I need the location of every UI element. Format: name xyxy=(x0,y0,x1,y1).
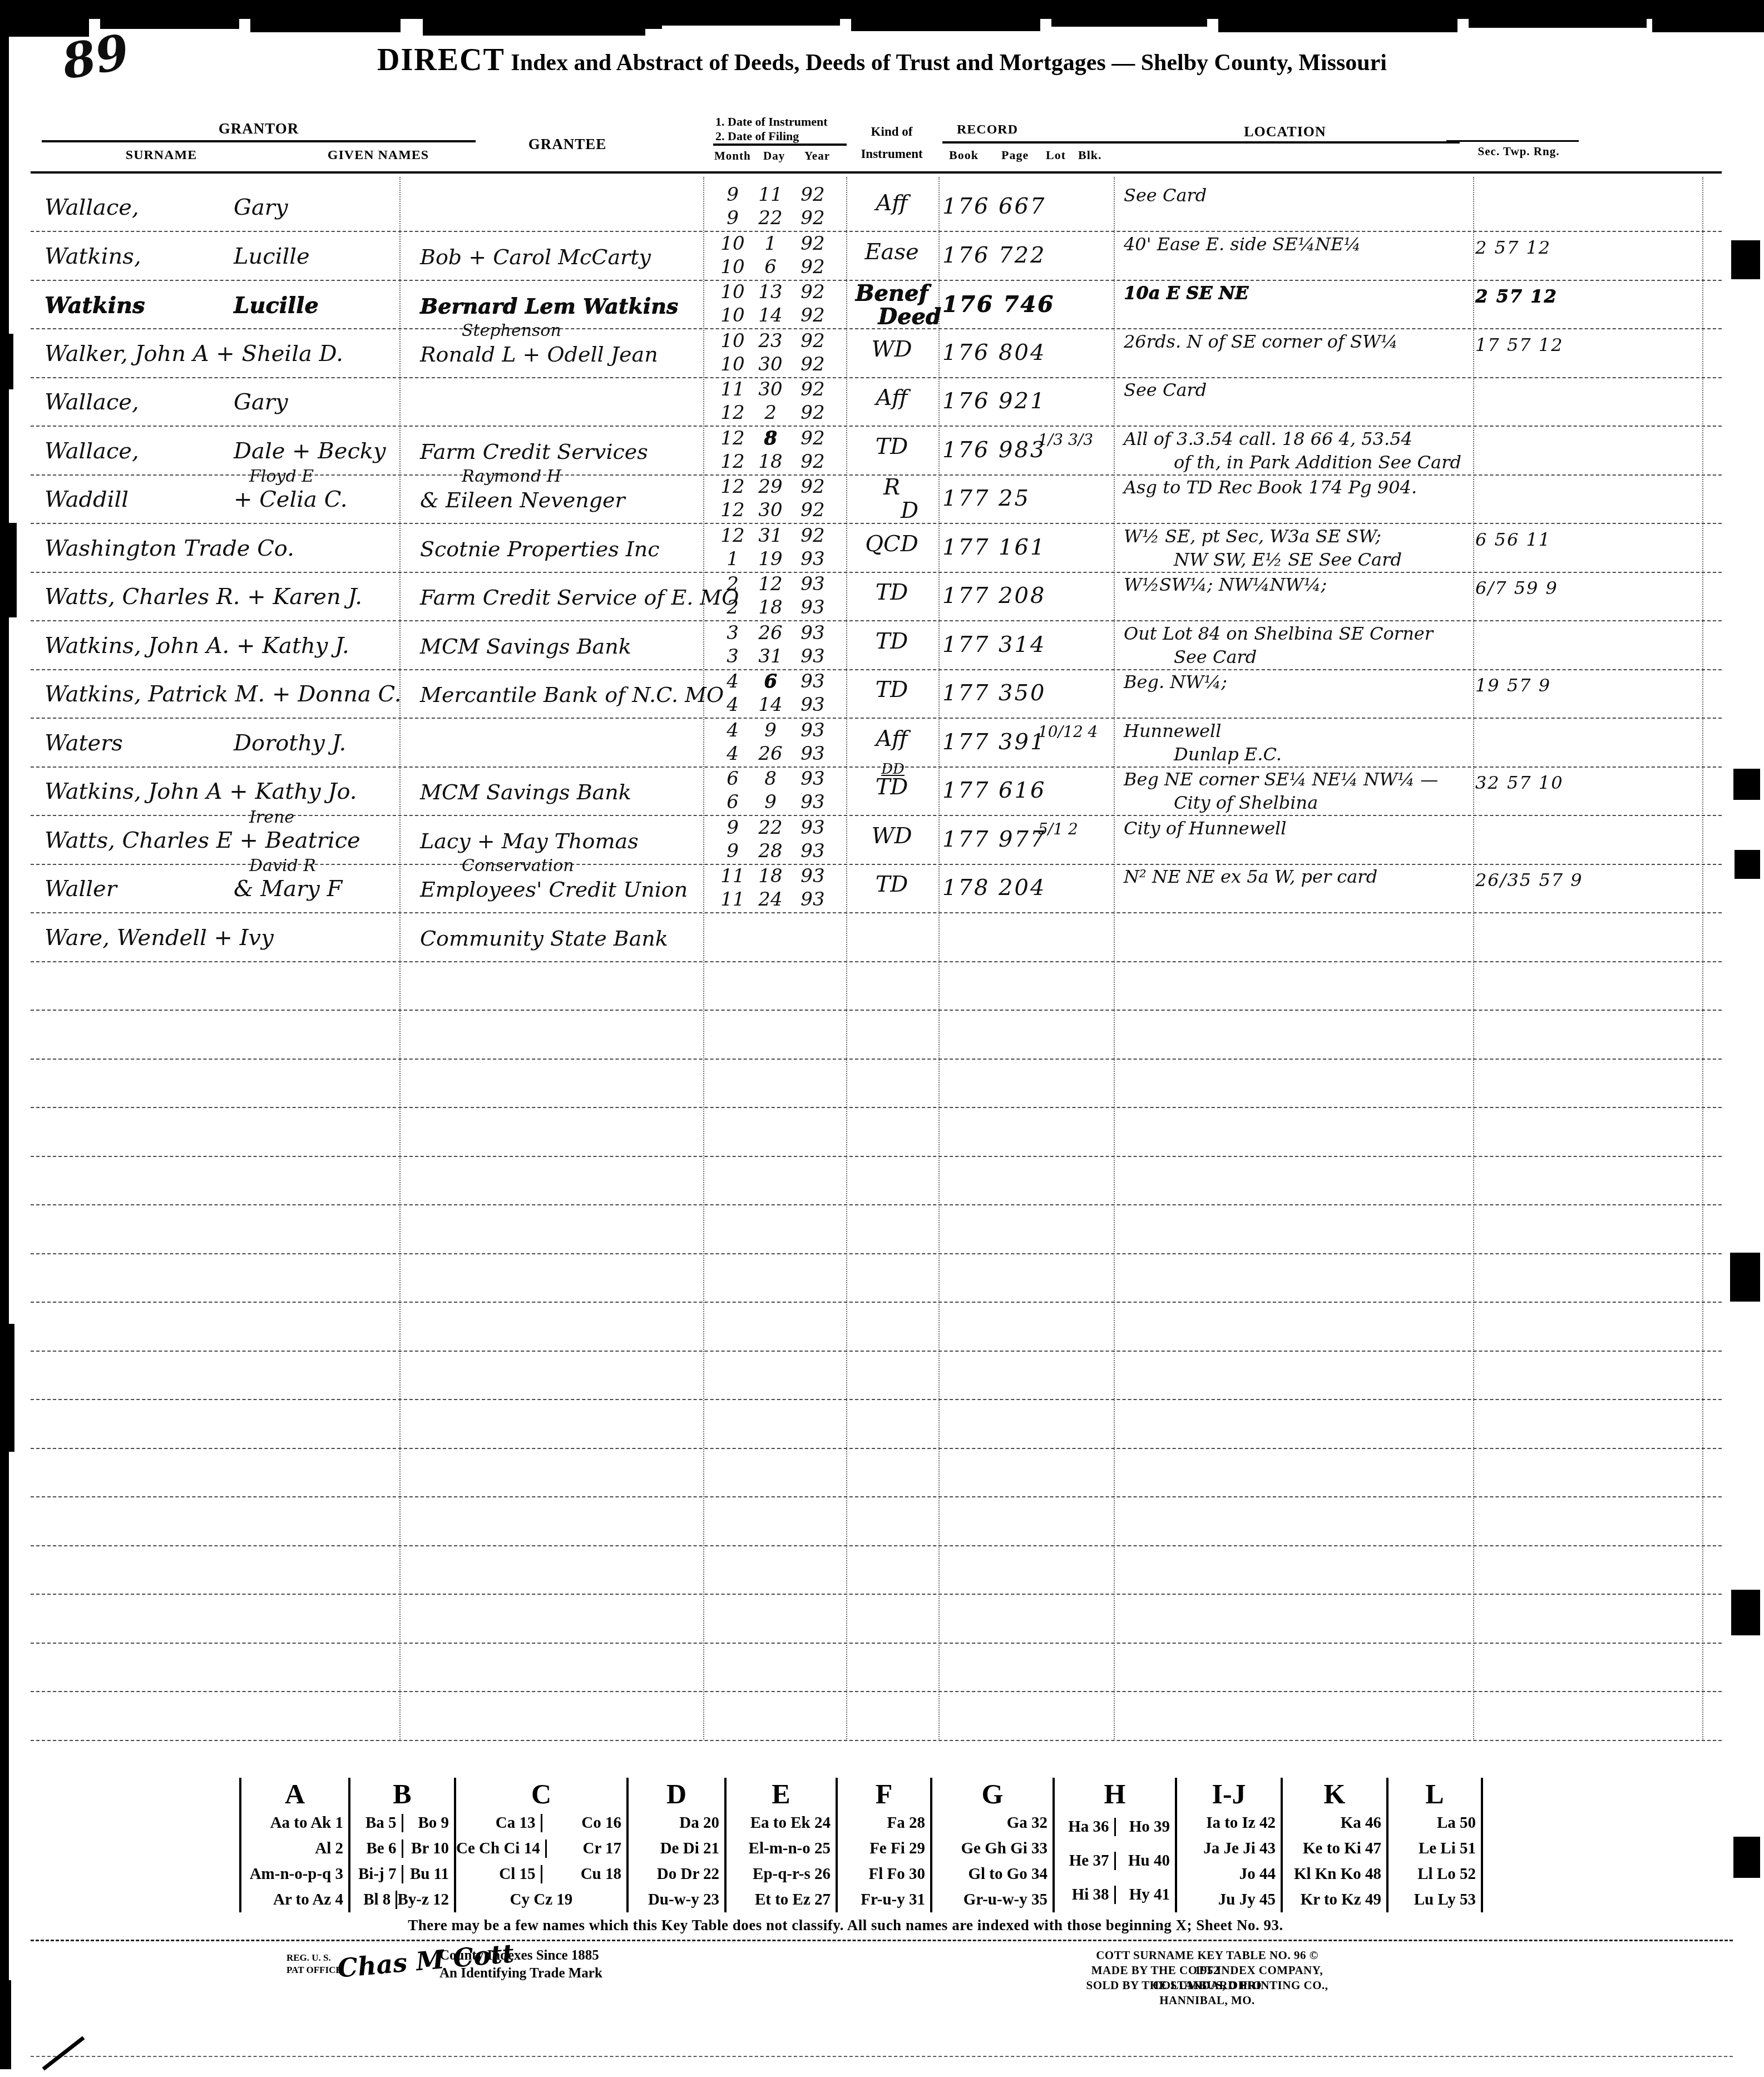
key-cell: Cy Cz 19 xyxy=(456,1891,626,1909)
key-row: La 50 xyxy=(1389,1810,1481,1836)
date-instrument-day: 26 xyxy=(752,622,789,644)
location-line2: of th, in Park Addition See Card xyxy=(1174,452,1461,473)
grantee-name: Lacy + May Thomas xyxy=(420,829,639,853)
grantor-surname: Wallace, xyxy=(45,389,139,415)
key-cell: Ia to Iz 42 xyxy=(1177,1814,1281,1832)
key-cell: Ga 32 xyxy=(932,1814,1053,1832)
index-row: Watkins, John A. + Kathy J.MCM Savings B… xyxy=(0,621,1764,670)
date-filing-year: 93 xyxy=(792,645,833,667)
ruled-line xyxy=(31,1643,1722,1644)
date-filing-month: 4 xyxy=(717,743,749,765)
key-row: Gl to Go 34 xyxy=(932,1861,1053,1887)
kind-of-instrument: TD xyxy=(850,434,933,459)
grantee-name: Mercantile Bank of N.C. MO xyxy=(420,683,724,707)
index-row: Wallace,Gary11309212292Aff176 921See Car… xyxy=(0,377,1764,426)
record-book-page: 176 746 xyxy=(942,291,1055,317)
key-cell: Kr to Kz 49 xyxy=(1283,1891,1386,1909)
key-group-d: DDa 20De Di 21Do Dr 22Du-w-y 23 xyxy=(626,1778,724,1912)
grantee-above: Raymond H xyxy=(462,467,561,486)
date-instrument-day: 1 xyxy=(752,233,789,255)
grantee-name: Community State Bank xyxy=(420,926,668,951)
date-filing-month: 12 xyxy=(717,499,749,521)
key-cell: Al 2 xyxy=(241,1839,348,1858)
date-instrument-year: 93 xyxy=(792,622,833,644)
kind-of-instrument: Aff xyxy=(850,726,933,751)
date-instrument-day: 8 xyxy=(752,768,789,790)
key-group-letter: G xyxy=(932,1778,1053,1810)
surname-key-table: AAa to Ak 1Al 2Am-n-o-p-q 3Ar to Az 4BBa… xyxy=(239,1778,1483,1912)
date-filing-day: 6 xyxy=(752,256,789,278)
key-row: Kl Kn Ko 48 xyxy=(1283,1861,1386,1887)
key-row: Et to Ez 27 xyxy=(727,1887,836,1912)
key-row: Bl 8By-z 12 xyxy=(350,1887,454,1912)
index-row: Watkins,LucilleBob + Carol McCarty101921… xyxy=(0,231,1764,280)
key-cell: Bi-j 7 xyxy=(350,1865,402,1883)
date-instrument-day: 18 xyxy=(752,865,789,887)
date-instrument-year: 92 xyxy=(792,281,833,303)
key-group-b: BBa 5Bo 9Be 6Br 10Bi-j 7Bu 11Bl 8By-z 12 xyxy=(348,1778,454,1912)
grantor-surname: Waddill xyxy=(45,487,129,512)
kind-of-instrument-2: Deed xyxy=(868,303,951,329)
date-instrument-month: 10 xyxy=(717,233,749,255)
date-filing-day: 2 xyxy=(752,402,789,424)
date-filing-day: 9 xyxy=(752,791,789,813)
key-row: He 37Hu 40 xyxy=(1055,1844,1175,1878)
key-cell: Ba 5 xyxy=(350,1814,402,1832)
grantee-name: MCM Savings Bank xyxy=(420,780,631,804)
key-cell: Ar to Az 4 xyxy=(241,1891,348,1909)
grantor-surname: Ware, Wendell + Ivy xyxy=(45,925,274,951)
key-row: Kr to Kz 49 xyxy=(1283,1887,1386,1912)
key-group-g: GGa 32Ge Gh Gi 33Gl to Go 34Gr-u-w-y 35 xyxy=(930,1778,1053,1912)
date-instrument-year: 92 xyxy=(792,427,833,449)
grantor-surname: Watkins, John A + Kathy Jo. xyxy=(45,779,357,804)
ruled-line xyxy=(31,1448,1722,1449)
date-filing-month: 2 xyxy=(717,596,749,619)
ledger-page: 89 DIRECT Index and Abstract of Deeds, D… xyxy=(0,0,1764,2077)
date-instrument-day: 23 xyxy=(752,330,789,352)
key-cell: Do Dr 22 xyxy=(629,1865,724,1883)
key-cell: Jo 44 xyxy=(1177,1865,1281,1883)
key-row: Ja Je Ji 43 xyxy=(1177,1836,1281,1861)
key-cell: Am-n-o-p-q 3 xyxy=(241,1865,348,1883)
index-row: WaddillFloyd E+ Celia C.Raymond H& Eilee… xyxy=(0,474,1764,523)
key-cell: Lu Ly 53 xyxy=(1389,1891,1481,1909)
date-filing-month: 1 xyxy=(717,548,749,570)
date-filing-day: 26 xyxy=(752,743,789,765)
index-entries: Wallace,Gary9119292292Aff176 667See Card… xyxy=(0,0,1764,2077)
key-row: Ep-q-r-s 26 xyxy=(727,1861,836,1887)
record-lot: 5/1 2 xyxy=(1038,820,1078,838)
date-instrument-day: 9 xyxy=(752,719,789,741)
key-cell: Cl 15 xyxy=(456,1865,541,1883)
key-row: Ju Jy 45 xyxy=(1177,1887,1281,1912)
record-lot: 10/12 4 xyxy=(1038,723,1098,741)
date-filing-year: 93 xyxy=(792,791,833,813)
key-row: Gr-u-w-y 35 xyxy=(932,1887,1053,1912)
sec-twp-rng-value: 26/35 57 9 xyxy=(1475,869,1620,891)
key-cell: Ha 36 xyxy=(1055,1818,1114,1836)
key-row: Ke to Ki 47 xyxy=(1283,1836,1386,1861)
date-filing-month: 9 xyxy=(717,840,749,862)
key-row: Cl 15Cu 18 xyxy=(456,1861,626,1887)
date-instrument-day: 22 xyxy=(752,817,789,839)
date-filing-month: 3 xyxy=(717,645,749,667)
date-filing-year: 93 xyxy=(792,694,833,716)
date-filing-month: 4 xyxy=(717,694,749,716)
key-row: El-m-n-o 25 xyxy=(727,1836,836,1861)
key-row: Le Li 51 xyxy=(1389,1836,1481,1861)
sec-twp-rng-value: 19 57 9 xyxy=(1475,675,1620,696)
key-cell: Hy 41 xyxy=(1114,1886,1175,1904)
key-cell: Ea to Ek 24 xyxy=(727,1814,836,1832)
key-cell: Ka 46 xyxy=(1283,1814,1386,1832)
date-filing-day: 30 xyxy=(752,353,789,375)
date-instrument-day: 6 xyxy=(752,670,789,693)
kind-of-instrument: Ease xyxy=(850,239,933,265)
key-group-letter: D xyxy=(629,1778,724,1810)
key-cell: Ja Je Ji 43 xyxy=(1177,1839,1281,1858)
date-filing-year: 93 xyxy=(792,888,833,911)
grantor-surname: Wallace, xyxy=(45,195,139,220)
record-book-page: 177 208 xyxy=(942,583,1046,609)
key-cell: Ke to Ki 47 xyxy=(1283,1839,1386,1858)
grantee-name: Farm Credit Services xyxy=(420,439,648,464)
key-group-letter: H xyxy=(1055,1778,1175,1810)
ruled-line xyxy=(31,1253,1722,1254)
date-filing-month: 10 xyxy=(717,353,749,375)
key-cell: Ju Jy 45 xyxy=(1177,1891,1281,1909)
date-instrument-year: 92 xyxy=(792,233,833,255)
grantee-name: & Eileen Nevenger xyxy=(420,488,625,512)
key-cell: Ll Lo 52 xyxy=(1389,1865,1481,1883)
location-line2: See Card xyxy=(1174,646,1257,667)
date-instrument-year: 93 xyxy=(792,573,833,595)
date-filing-year: 92 xyxy=(792,256,833,278)
location-line1: Hunnewell xyxy=(1124,720,1221,741)
date-instrument-month: 11 xyxy=(717,865,749,887)
key-cell: Gr-u-w-y 35 xyxy=(932,1891,1053,1909)
grantor-given-above: Irene xyxy=(249,808,294,827)
index-row: WatkinsLucilleBernard Lem Watkins1013921… xyxy=(0,280,1764,329)
key-row: Ba 5Bo 9 xyxy=(350,1810,454,1836)
key-cell: By-z 12 xyxy=(396,1891,454,1909)
grantee-name: Bernard Lem Watkins xyxy=(420,293,678,318)
key-row: Hi 38Hy 41 xyxy=(1055,1878,1175,1912)
record-book-page: 178 204 xyxy=(942,875,1046,901)
grantee-name: MCM Savings Bank xyxy=(420,634,631,659)
index-row: WatersDorothy J.499342693Aff177 39110/12… xyxy=(0,718,1764,767)
date-filing-year: 92 xyxy=(792,304,833,327)
date-instrument-year: 92 xyxy=(792,525,833,547)
key-group-f: FFa 28Fe Fi 29Fl Fo 30Fr-u-y 31 xyxy=(836,1778,930,1912)
kind-of-instrument: Aff xyxy=(850,190,933,216)
date-filing-year: 92 xyxy=(792,402,833,424)
grantor-given-above: David R xyxy=(249,856,316,876)
location-line2: City of Shelbina xyxy=(1174,792,1318,813)
date-filing-year: 93 xyxy=(792,743,833,765)
key-cell: Ep-q-r-s 26 xyxy=(727,1865,836,1883)
key-cell: Ge Gh Gi 33 xyxy=(932,1839,1053,1858)
grantee-name: Scotnie Properties Inc xyxy=(420,537,660,561)
key-row: Fr-u-y 31 xyxy=(838,1887,930,1912)
location-line1: Asg to TD Rec Book 174 Pg 904. xyxy=(1124,477,1417,498)
record-book-page: 176 722 xyxy=(942,243,1046,268)
key-row: Ka 46 xyxy=(1283,1810,1386,1836)
key-row: Ge Gh Gi 33 xyxy=(932,1836,1053,1861)
location-line1: 10a E SE NE xyxy=(1124,282,1248,303)
key-row: Al 2 xyxy=(241,1836,348,1861)
index-row: Ware, Wendell + IvyCommunity State Bank xyxy=(0,913,1764,962)
date-filing-year: 92 xyxy=(792,353,833,375)
key-row: Jo 44 xyxy=(1177,1861,1281,1887)
key-row: Ca 13Co 16 xyxy=(456,1810,626,1836)
grantor-surname: Waters xyxy=(45,730,123,756)
key-group-letter: L xyxy=(1389,1778,1481,1810)
key-row: De Di 21 xyxy=(629,1836,724,1861)
key-cell: Gl to Go 34 xyxy=(932,1865,1053,1883)
date-filing-day: 14 xyxy=(752,694,789,716)
key-cell: Co 16 xyxy=(541,1814,627,1832)
key-row: Bi-j 7Bu 11 xyxy=(350,1861,454,1887)
key-cell: La 50 xyxy=(1389,1814,1481,1832)
location-line1: 40' Ease E. side SE¼NE¼ xyxy=(1124,234,1361,255)
date-instrument-month: 2 xyxy=(717,573,749,595)
ruled-line xyxy=(31,1496,1722,1497)
date-filing-day: 24 xyxy=(752,888,789,911)
grantee-above: Conservation xyxy=(462,856,574,876)
date-filing-year: 92 xyxy=(792,207,833,229)
kind-of-instrument: TD xyxy=(850,774,933,800)
location-line1: N² NE NE ex 5a W, per card xyxy=(1124,866,1377,887)
grantor-given: Dorothy J. xyxy=(234,730,346,756)
key-group-letter: E xyxy=(727,1778,836,1810)
date-filing-month: 10 xyxy=(717,304,749,327)
date-instrument-month: 9 xyxy=(717,817,749,839)
ruled-line xyxy=(31,1107,1722,1108)
location-line1: See Card xyxy=(1124,185,1207,206)
key-row: Du-w-y 23 xyxy=(629,1887,724,1912)
ruled-line xyxy=(31,1399,1722,1400)
key-row: Fa 28 xyxy=(838,1810,930,1836)
index-row: Walker, John A + Sheila D.StephensonRona… xyxy=(0,329,1764,378)
sec-twp-rng-value: 32 57 10 xyxy=(1475,772,1620,793)
kind-of-instrument: WD xyxy=(850,337,933,362)
ruled-line xyxy=(31,1156,1722,1157)
ruled-line xyxy=(31,1594,1722,1595)
location-line2: NW SW, E½ SE See Card xyxy=(1174,549,1402,570)
key-cell: Ca 13 xyxy=(456,1814,541,1832)
key-cell: Cu 18 xyxy=(541,1865,627,1883)
date-instrument-month: 12 xyxy=(717,525,749,547)
key-row: Fe Fi 29 xyxy=(838,1836,930,1861)
grantor-surname: Washington Trade Co. xyxy=(45,536,294,561)
key-cell: Hi 38 xyxy=(1055,1886,1114,1904)
key-row: Ia to Iz 42 xyxy=(1177,1810,1281,1836)
date-filing-day: 14 xyxy=(752,304,789,327)
date-instrument-day: 8 xyxy=(752,427,789,449)
date-filing-year: 92 xyxy=(792,499,833,521)
sec-twp-rng-value: 6 56 11 xyxy=(1475,529,1620,550)
location-line2: Dunlap E.C. xyxy=(1174,744,1282,765)
kind-of-instrument: WD xyxy=(850,823,933,849)
key-cell: Fr-u-y 31 xyxy=(838,1891,930,1909)
key-cell: Bo 9 xyxy=(402,1814,454,1832)
key-cell: Et to Ez 27 xyxy=(727,1891,836,1909)
date-instrument-year: 93 xyxy=(792,719,833,741)
key-group-i-j: I-JIa to Iz 42Ja Je Ji 43Jo 44Ju Jy 45 xyxy=(1175,1778,1281,1912)
location-line1: Out Lot 84 on Shelbina SE Corner xyxy=(1124,623,1433,644)
date-instrument-month: 4 xyxy=(717,719,749,741)
key-row: Cy Cz 19 xyxy=(456,1887,626,1912)
key-group-letter: K xyxy=(1283,1778,1386,1810)
grantee-name: Ronald L + Odell Jean xyxy=(420,342,658,367)
date-filing-year: 93 xyxy=(792,548,833,570)
kind-of-instrument: TD xyxy=(850,629,933,654)
key-row: Do Dr 22 xyxy=(629,1861,724,1887)
date-filing-month: 12 xyxy=(717,402,749,424)
key-cell: Cr 17 xyxy=(545,1839,626,1858)
location-line1: Beg NE corner SE¼ NE¼ NW¼ — xyxy=(1124,769,1438,790)
index-row: WallerDavid R& Mary FConservationEmploye… xyxy=(0,864,1764,913)
record-book-page: 177 350 xyxy=(942,680,1046,706)
record-book-page: 176 921 xyxy=(942,388,1046,414)
record-book-page: 177 391 xyxy=(942,729,1046,755)
key-cell: Ho 39 xyxy=(1114,1818,1175,1836)
key-group-letter: I-J xyxy=(1177,1778,1281,1810)
maker-line3: SOLD BY THE STANDARD PRINTING CO., HANNI… xyxy=(1085,1978,1330,2008)
key-row: Am-n-o-p-q 3 xyxy=(241,1861,348,1887)
grantor-given: Lucille xyxy=(234,244,310,269)
sec-twp-rng-value: 6/7 59 9 xyxy=(1475,577,1620,599)
ruled-line xyxy=(31,1059,1722,1060)
grantor-surname: Waller xyxy=(45,876,117,902)
date-instrument-month: 12 xyxy=(717,427,749,449)
date-instrument-month: 4 xyxy=(717,670,749,693)
key-cell: Du-w-y 23 xyxy=(629,1891,724,1909)
sec-twp-rng-value: 2 57 12 xyxy=(1475,237,1620,258)
record-lot: 1/3 3/3 xyxy=(1038,431,1093,449)
ruled-line xyxy=(31,1740,1722,1741)
date-instrument-day: 11 xyxy=(752,184,789,206)
trademark-line2: An Identifying Trade Mark xyxy=(439,1966,602,1981)
key-group-l: LLa 50Le Li 51Ll Lo 52Lu Ly 53 xyxy=(1386,1778,1481,1912)
index-row: Watkins, Patrick M. + Donna C.Mercantile… xyxy=(0,669,1764,718)
key-row: Lu Ly 53 xyxy=(1389,1887,1481,1912)
ruled-line xyxy=(31,1691,1722,1692)
date-instrument-month: 11 xyxy=(717,378,749,400)
date-filing-month: 11 xyxy=(717,888,749,911)
grantor-given: & Mary F xyxy=(234,876,342,902)
date-instrument-year: 92 xyxy=(792,330,833,352)
key-row: Da 20 xyxy=(629,1810,724,1836)
grantor-given: + Celia C. xyxy=(234,487,348,512)
record-book-page: 177 161 xyxy=(942,535,1046,560)
date-instrument-year: 93 xyxy=(792,817,833,839)
key-cell: Fl Fo 30 xyxy=(838,1865,930,1883)
grantor-given-above: Floyd E xyxy=(249,467,314,486)
date-filing-day: 18 xyxy=(752,451,789,473)
date-filing-day: 31 xyxy=(752,645,789,667)
grantee-name: Farm Credit Service of E. MO xyxy=(420,585,739,610)
key-group-letter: C xyxy=(456,1778,626,1810)
date-instrument-day: 31 xyxy=(752,525,789,547)
grantee-name: Employees' Credit Union xyxy=(420,877,688,902)
date-filing-year: 93 xyxy=(792,596,833,619)
date-instrument-month: 12 xyxy=(717,476,749,498)
record-book-page: 176 804 xyxy=(942,340,1046,365)
kind-of-instrument: Aff xyxy=(850,385,933,411)
date-filing-month: 6 xyxy=(717,791,749,813)
date-filing-day: 22 xyxy=(752,207,789,229)
grantor-given: Gary xyxy=(234,389,288,415)
grantor-surname: Walker, John A + Sheila D. xyxy=(45,341,343,367)
key-cell: Ce Ch Ci 14 xyxy=(456,1839,545,1858)
key-row: Aa to Ak 1 xyxy=(241,1810,348,1836)
key-group-letter: A xyxy=(241,1778,348,1810)
grantor-given: Lucille xyxy=(234,292,319,318)
kind-of-instrument: TD xyxy=(850,580,933,605)
ruled-line xyxy=(31,1545,1722,1546)
key-cell: El-m-n-o 25 xyxy=(727,1839,836,1858)
record-book-page: 177 25 xyxy=(942,486,1030,511)
key-cell: Be 6 xyxy=(350,1839,402,1858)
kind-of-instrument: TD xyxy=(850,677,933,703)
date-filing-month: 10 xyxy=(717,256,749,278)
date-instrument-month: 6 xyxy=(717,768,749,790)
kind-of-instrument: Benef xyxy=(850,280,933,306)
ruled-line xyxy=(31,1302,1722,1303)
location-line1: See Card xyxy=(1124,379,1207,400)
key-group-letter: F xyxy=(838,1778,930,1810)
date-instrument-day: 30 xyxy=(752,378,789,400)
key-group-letter: B xyxy=(350,1778,454,1810)
date-instrument-day: 29 xyxy=(752,476,789,498)
trademark-line1: County Indexes Since 1885 xyxy=(439,1948,599,1964)
date-instrument-day: 12 xyxy=(752,573,789,595)
key-cell: Aa to Ak 1 xyxy=(241,1814,348,1832)
grantor-surname: Watts, Charles R. + Karen J. xyxy=(45,584,362,610)
kind-of-instrument: QCD xyxy=(850,531,933,557)
date-filing-month: 12 xyxy=(717,451,749,473)
grantor-surname: Watkins, John A. + Kathy J. xyxy=(45,633,349,659)
key-cell: Hu 40 xyxy=(1114,1852,1175,1870)
index-row: Wallace,Gary9119292292Aff176 667See Card xyxy=(0,182,1764,231)
key-table-note: There may be a few names which this Key … xyxy=(239,1917,1452,1934)
grantor-surname: Watkins, xyxy=(45,244,141,269)
key-row: Ea to Ek 24 xyxy=(727,1810,836,1836)
key-row: Ha 36Ho 39 xyxy=(1055,1810,1175,1844)
location-line1: W½SW¼; NW¼NW¼; xyxy=(1124,574,1327,595)
sec-twp-rng-value: 17 57 12 xyxy=(1475,334,1620,355)
record-book-page: 177 314 xyxy=(942,632,1046,657)
ruled-line xyxy=(31,1010,1722,1011)
kind-of-instrument: R xyxy=(850,474,933,500)
reg-line1: REG. U. S. xyxy=(286,1952,331,1964)
date-filing-year: 92 xyxy=(792,451,833,473)
kind-of-instrument-2: D xyxy=(868,498,951,523)
grantee-above: Stephenson xyxy=(462,321,561,340)
grantor-given: Dale + Becky xyxy=(234,438,386,464)
location-line1: 26rds. N of SE corner of SW¼ xyxy=(1124,331,1398,352)
date-instrument-month: 10 xyxy=(717,330,749,352)
key-group-c: CCa 13Co 16Ce Ch Ci 14Cr 17Cl 15Cu 18Cy … xyxy=(454,1778,626,1912)
key-cell: De Di 21 xyxy=(629,1839,724,1858)
location-line1: All of 3.3.54 call. 18 66 4, 53.54 xyxy=(1124,428,1412,449)
grantor-surname: Watkins xyxy=(45,292,145,318)
key-cell: Le Li 51 xyxy=(1389,1839,1481,1858)
date-filing-day: 19 xyxy=(752,548,789,570)
